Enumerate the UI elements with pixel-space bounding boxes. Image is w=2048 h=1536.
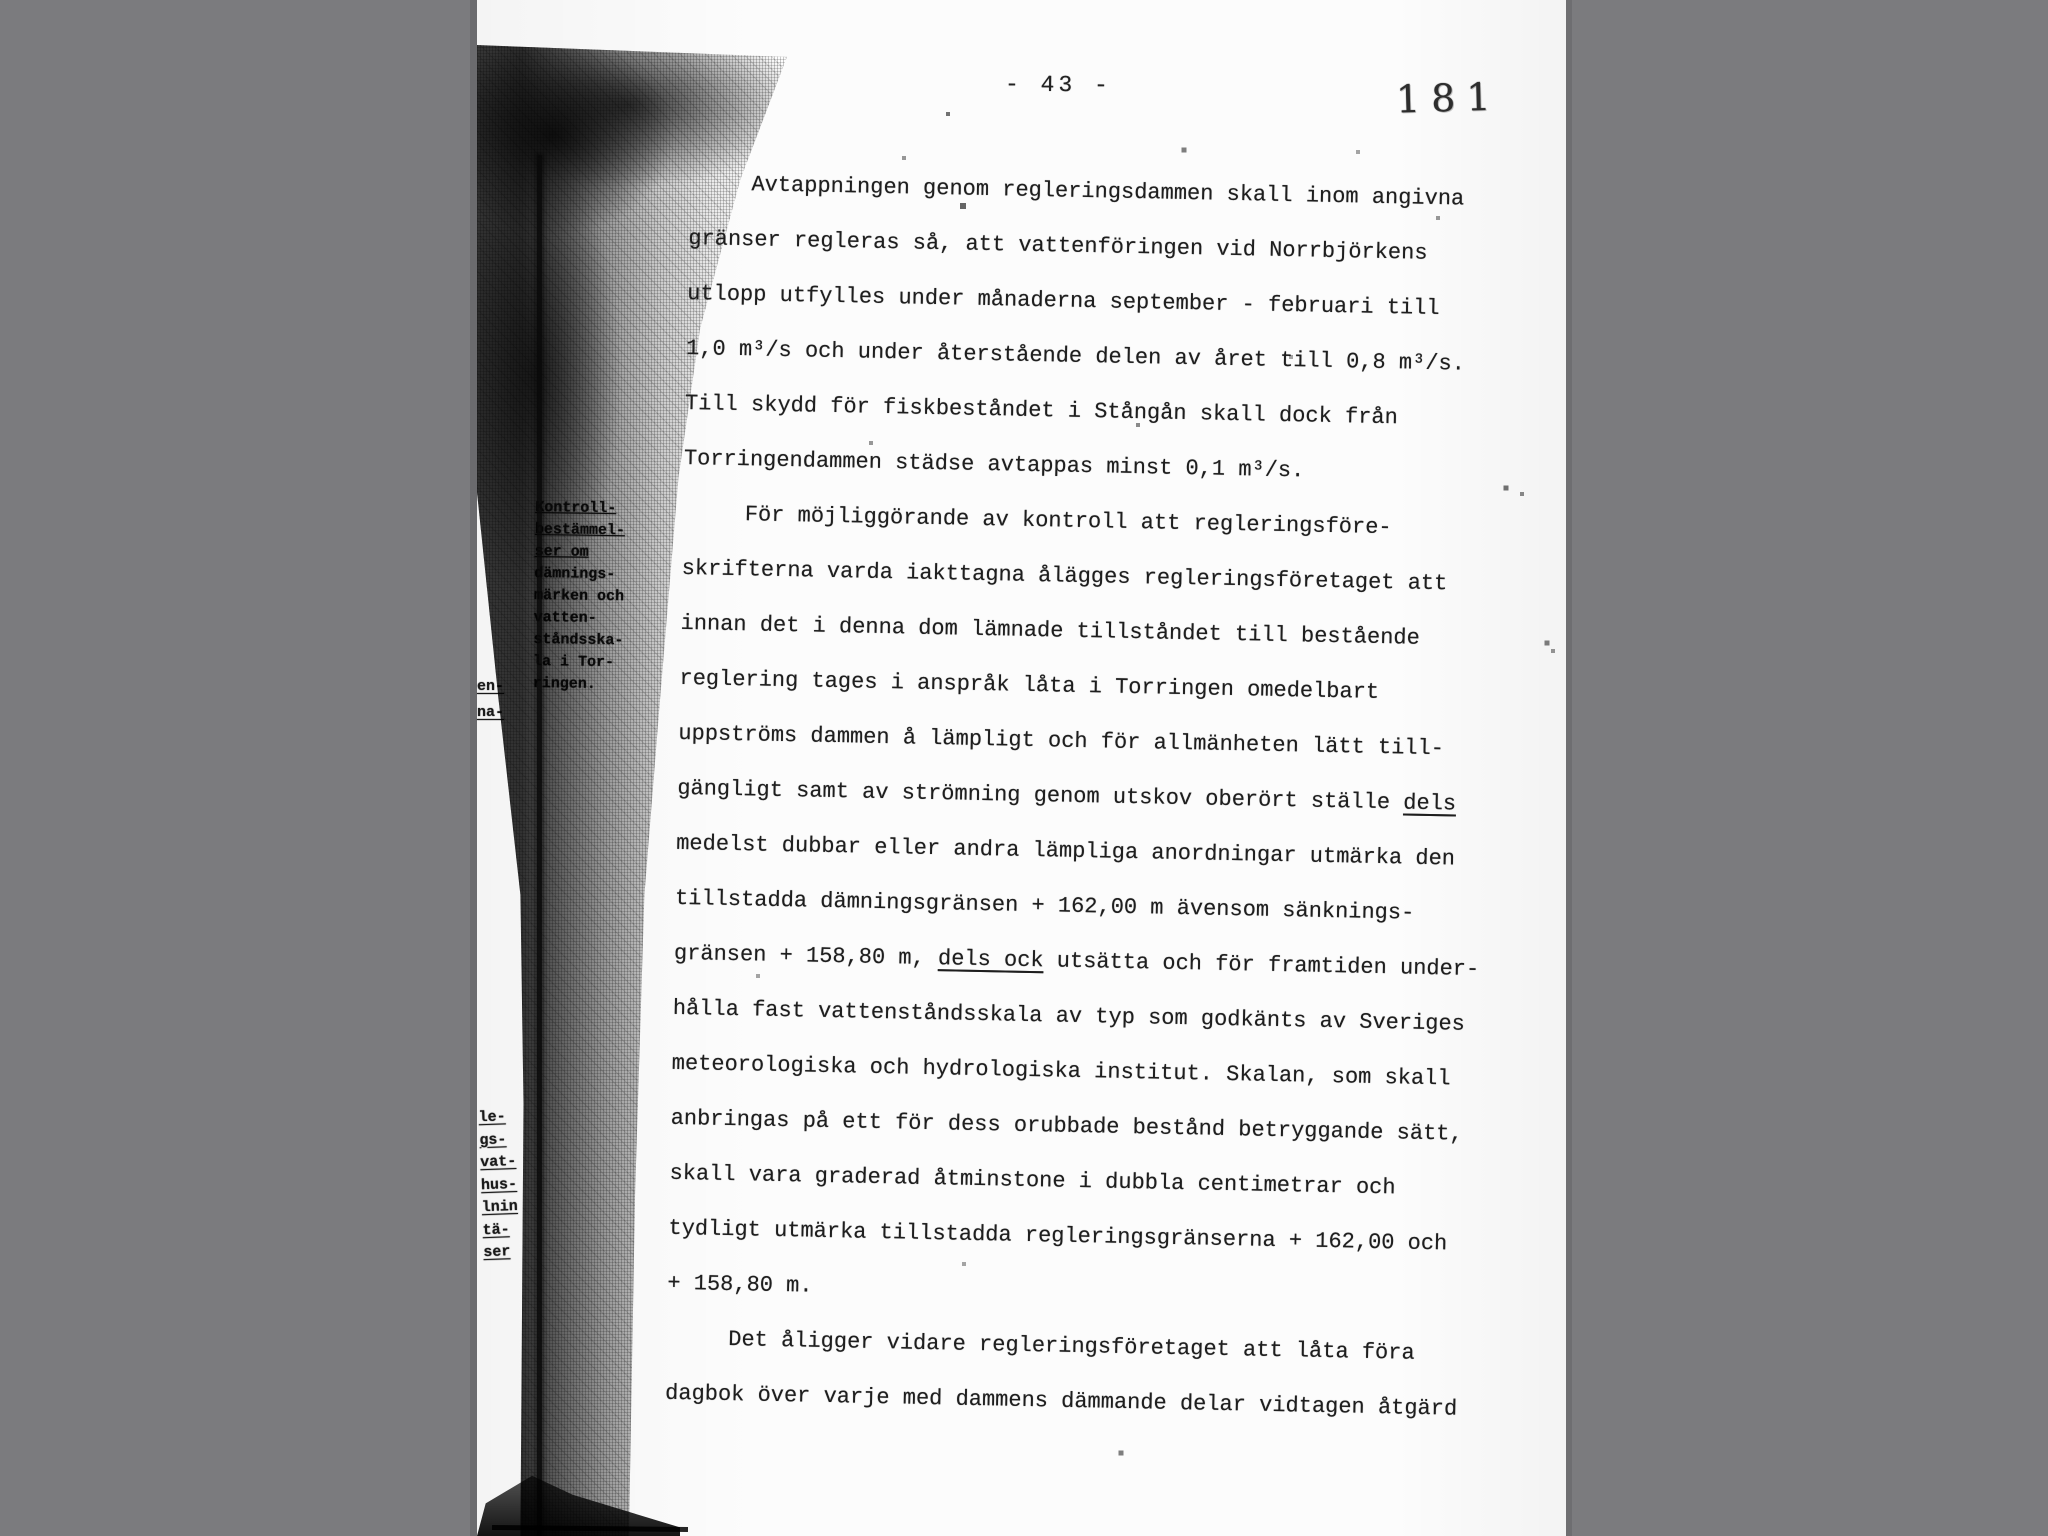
stamp-number: 181: [1395, 75, 1502, 122]
text-segment: gränsen + 158,80 m,: [674, 941, 938, 971]
text-segment: gängligt samt av strömning genom utskov …: [677, 776, 1403, 816]
page-right-edge: [1566, 0, 1572, 1536]
text-segment: 1,0 m³/s och under återstående delen av …: [686, 336, 1465, 377]
text-segment: gränser regleras så, att vattenföringen …: [688, 226, 1428, 266]
page-left-edge: [470, 0, 477, 1536]
body-text: Avtappningen genom regleringsdammen skal…: [665, 156, 1530, 1438]
text-segment: tydligt utmärka tillstadda regleringsgrä…: [668, 1216, 1447, 1257]
book-spine-line: [537, 155, 542, 1536]
text-segment: För möjliggörande av kontroll att regler…: [745, 502, 1392, 540]
text-segment: medelst dubbar eller andra lämpliga anor…: [676, 831, 1455, 872]
text-segment: skrifterna varda iakttagna ålägges regle…: [681, 556, 1447, 596]
text-segment: Till skydd för fiskbeståndet i Stångån s…: [685, 391, 1398, 430]
text-segment: Det åligger vidare regleringsföretaget a…: [728, 1327, 1415, 1366]
underlined-term: dels: [1403, 790, 1456, 816]
text-segment: reglering tages i anspråk låta i Torring…: [679, 666, 1379, 705]
underlined-term: dels ock: [938, 946, 1044, 973]
text-segment: skall vara graderad åtminstone i dubbla …: [669, 1161, 1395, 1201]
text-segment: uppströms dammen å lämpligt och för allm…: [678, 721, 1444, 761]
text-segment: innan det i denna dom lämnade tillstånde…: [680, 611, 1420, 651]
page-number: - 43 -: [1005, 71, 1112, 98]
text-segment: Avtappningen genom regleringsdammen skal…: [751, 172, 1464, 211]
text-segment: meteorologiska och hydrologiska institut…: [672, 1051, 1451, 1092]
text-segment: hålla fast vattenståndsskala av typ som …: [673, 996, 1465, 1037]
ink-specks: [0, 0, 2, 2]
text-segment: utlopp utfylles under månaderna septembe…: [687, 281, 1440, 321]
text-segment: tillstadda dämningsgränsen + 162,00 m äv…: [675, 886, 1415, 926]
text-segment: dagbok över varje med dammens dämmande d…: [665, 1381, 1457, 1422]
text-segment: + 158,80 m.: [667, 1271, 813, 1299]
text-segment: Torringendammen städse avtappas minst 0,…: [684, 446, 1305, 483]
text-segment: utsätta och för framtiden under-: [1043, 948, 1479, 982]
text-segment: anbringas på ett för dess orubbade bestå…: [670, 1106, 1462, 1147]
